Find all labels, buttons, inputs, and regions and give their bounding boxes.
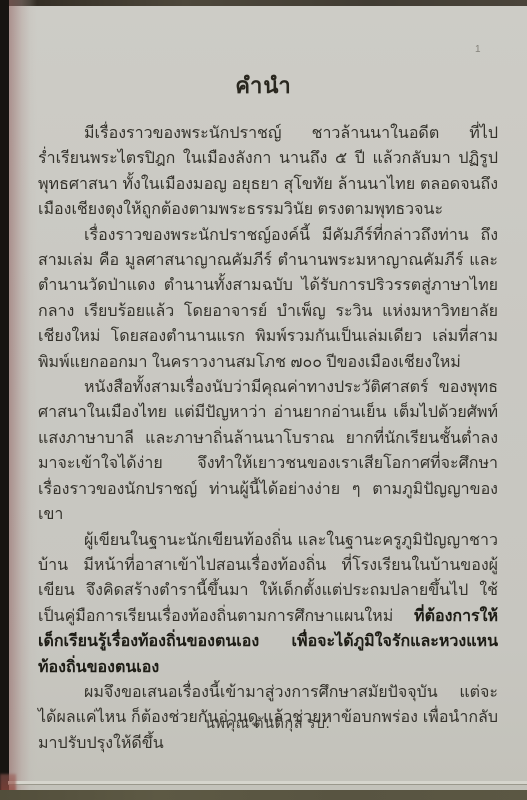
page-title: คำนำ [0, 68, 527, 103]
author-signature: นพคุณ ตันติกุล รบ. [205, 712, 330, 735]
scan-edge-top [0, 0, 527, 6]
paragraph-4: ผู้เขียนในฐานะนักเขียนท้องถิ่น และในฐานะ… [38, 528, 498, 680]
paragraph-3: หนังสือทั้งสามเรื่องนับว่ามีคุณค่าทางประ… [38, 375, 498, 527]
page-stack-edge [8, 781, 527, 785]
scan-edge-bottom [0, 790, 527, 800]
paragraph-1: มีเรื่องราวของพระนักปราชญ์ ชาวล้านนาในอด… [38, 121, 498, 223]
scanned-book-page: 1 คำนำ มีเรื่องราวของพระนักปราชญ์ ชาวล้า… [0, 0, 527, 800]
binding-gutter-shadow [9, 0, 37, 800]
page-corner-mark: 1 [475, 44, 481, 55]
preface-body: มีเรื่องราวของพระนักปราชญ์ ชาวล้านนาในอด… [38, 121, 498, 756]
scan-edge-left [0, 0, 9, 800]
paragraph-2: เรื่องราวของพระนักปราชญ์องค์นี้ มีคัมภีร… [38, 223, 498, 375]
